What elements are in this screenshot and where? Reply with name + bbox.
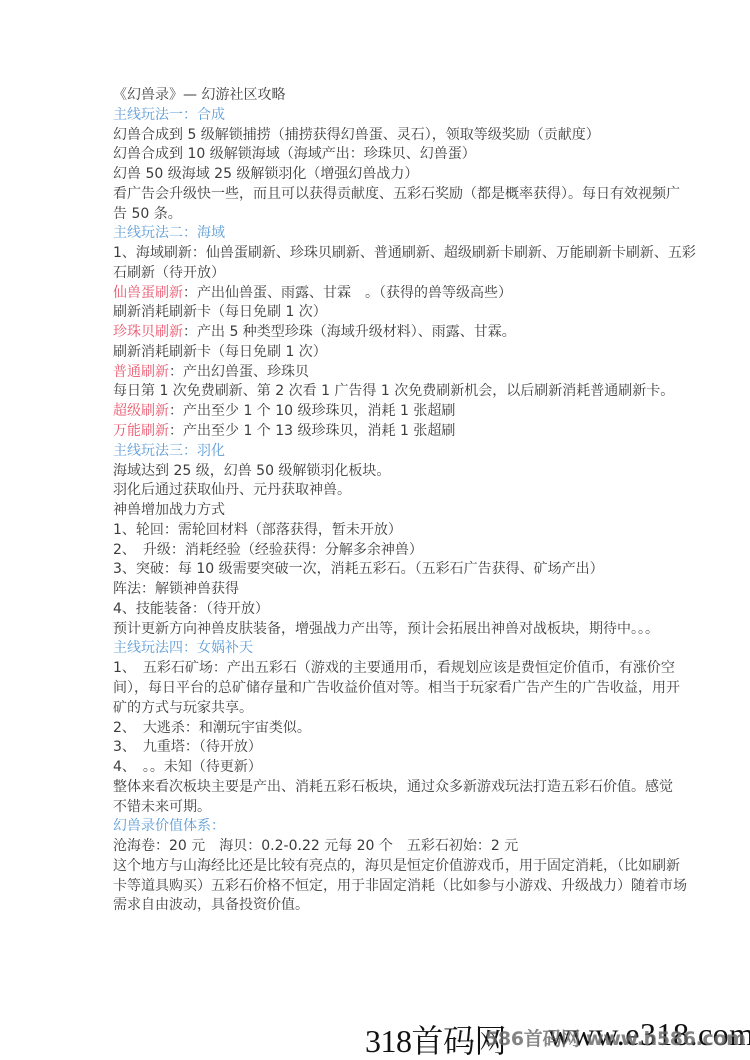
text-line: 幻兽 50 级海域 25 级解锁羽化（增强幻兽战力） <box>113 165 640 185</box>
refresh-type-desc: ：产出仙兽蛋、雨露、甘霖 。（获得的兽等级高些） <box>183 285 512 301</box>
text-line: 不错未来可期。 <box>113 798 640 818</box>
text-line: 海域达到 25 级，幻兽 50 级解锁羽化板块。 <box>113 462 640 482</box>
text-line: 需求自由波动，具备投资价值。 <box>113 896 640 916</box>
list-item: 3、突破：每 10 级需要突破一次，消耗五彩石。（五彩石广告获得、矿场产出） <box>113 560 640 580</box>
text-line: 卡等道具购买）五彩石价格不恒定，用于非固定消耗（比如参与小游戏、升级战力）随着市… <box>113 877 640 897</box>
section-heading-synthesis: 主线玩法一：合成 <box>113 106 640 126</box>
text-line: 预计更新方向神兽皮肤装备，增强战力产出等，预计会拓展出神兽对战板块，期待中。。。 <box>113 620 640 640</box>
section-heading-feathering: 主线玩法三：羽化 <box>113 442 640 462</box>
text-line: 刷新消耗刷新卡（每日免刷 1 次） <box>113 343 640 363</box>
refresh-type-label: 普通刷新 <box>113 364 169 380</box>
text-line: 羽化后通过获取仙丹、元丹获取神兽。 <box>113 481 640 501</box>
watermark-overlay: 586首码网 www.h586.com <box>485 1024 746 1051</box>
refresh-type-line: 超级刷新：产出至少 1 个 10 级珍珠贝，消耗 1 张超刷 <box>113 402 640 422</box>
text-line: 幻兽合成到 5 级解锁捕捞（捕捞获得幻兽蛋、灵石），领取等级奖励（贡献度） <box>113 126 640 146</box>
text-line: 告 50 条。 <box>113 205 640 225</box>
refresh-type-label: 仙兽蛋刷新 <box>113 285 183 301</box>
article-title: 《幻兽录》— 幻游社区攻略 <box>113 86 640 106</box>
text-line: 整体来看次板块主要是产出、消耗五彩石板块，通过众多新游戏玩法打造五彩石价值。感觉 <box>113 778 640 798</box>
section-heading-value-system: 幻兽录价值体系： <box>113 817 640 837</box>
list-item: 1、轮回：需轮回材料（部落获得，暂未开放） <box>113 521 640 541</box>
list-item: 4、 。。未知（待更新） <box>113 758 640 778</box>
text-line: 石刷新（待开放） <box>113 264 640 284</box>
text-line: 幻兽合成到 10 级解锁海域（海域产出：珍珠贝、幻兽蛋） <box>113 145 640 165</box>
refresh-type-line: 仙兽蛋刷新：产出仙兽蛋、雨露、甘霖 。（获得的兽等级高些） <box>113 284 640 304</box>
section-heading-nuwa: 主线玩法四：女娲补天 <box>113 639 640 659</box>
refresh-type-desc: ：产出 5 种类型珍珠（海域升级材料）、雨露、甘霖。 <box>183 324 516 340</box>
text-line: 间），每日平台的总矿储存量和广告收益价值对等。相当于玩家看广告产生的广告收益，用… <box>113 679 640 699</box>
article: 《幻兽录》— 幻游社区攻略 主线玩法一：合成 幻兽合成到 5 级解锁捕捞（捕捞获… <box>113 86 640 916</box>
section-heading-sea-domain: 主线玩法二：海域 <box>113 224 640 244</box>
list-item: 2、 大逃杀：和潮玩宇宙类似。 <box>113 719 640 739</box>
list-item: 1、 五彩石矿场：产出五彩石（游戏的主要通用币，看规划应该是费恒定价值币，有涨价… <box>113 659 640 679</box>
text-line: 看广告会升级快一些，而且可以获得贡献度、五彩石奖励（都是概率获得）。每日有效视频… <box>113 185 640 205</box>
refresh-type-label: 万能刷新 <box>113 423 169 439</box>
text-line: 1、海域刷新：仙兽蛋刷新、珍珠贝刷新、普通刷新、超级刷新卡刷新、万能刷新卡刷新、… <box>113 244 640 264</box>
price-line: 沧海卷：20 元 海贝：0.2-0.22 元每 20 个 五彩石初始：2 元 <box>113 837 640 857</box>
refresh-type-line: 万能刷新：产出至少 1 个 13 级珍珠贝，消耗 1 张超刷 <box>113 422 640 442</box>
list-item: 2、 升级：消耗经验（经验获得：分解多余神兽） <box>113 541 640 561</box>
refresh-type-label: 超级刷新 <box>113 403 169 419</box>
text-line: 这个地方与山海经比还是比较有亮点的，海贝是恒定价值游戏币，用于固定消耗，（比如刷… <box>113 857 640 877</box>
refresh-type-desc: ：产出幻兽蛋、珍珠贝 <box>169 364 309 380</box>
refresh-type-line: 普通刷新：产出幻兽蛋、珍珠贝 <box>113 363 640 383</box>
list-item: 3、 九重塔：（待开放） <box>113 738 640 758</box>
refresh-type-desc: ：产出至少 1 个 13 级珍珠贝，消耗 1 张超刷 <box>169 423 455 439</box>
text-line: 刷新消耗刷新卡（每日免刷 1 次） <box>113 303 640 323</box>
text-line: 矿的方式与玩家共享。 <box>113 699 640 719</box>
refresh-type-line: 珍珠贝刷新：产出 5 种类型珍珠（海域升级材料）、雨露、甘霖。 <box>113 323 640 343</box>
text-line: 阵法：解锁神兽获得 <box>113 580 640 600</box>
list-item: 4、技能装备：（待开放） <box>113 600 640 620</box>
text-line: 每日第 1 次免费刷新、第 2 次看 1 广告得 1 次免费刷新机会，以后刷新消… <box>113 382 640 402</box>
refresh-type-label: 珍珠贝刷新 <box>113 324 183 340</box>
refresh-type-desc: ：产出至少 1 个 10 级珍珠贝，消耗 1 张超刷 <box>169 403 455 419</box>
subheading: 神兽增加战力方式 <box>113 501 640 521</box>
